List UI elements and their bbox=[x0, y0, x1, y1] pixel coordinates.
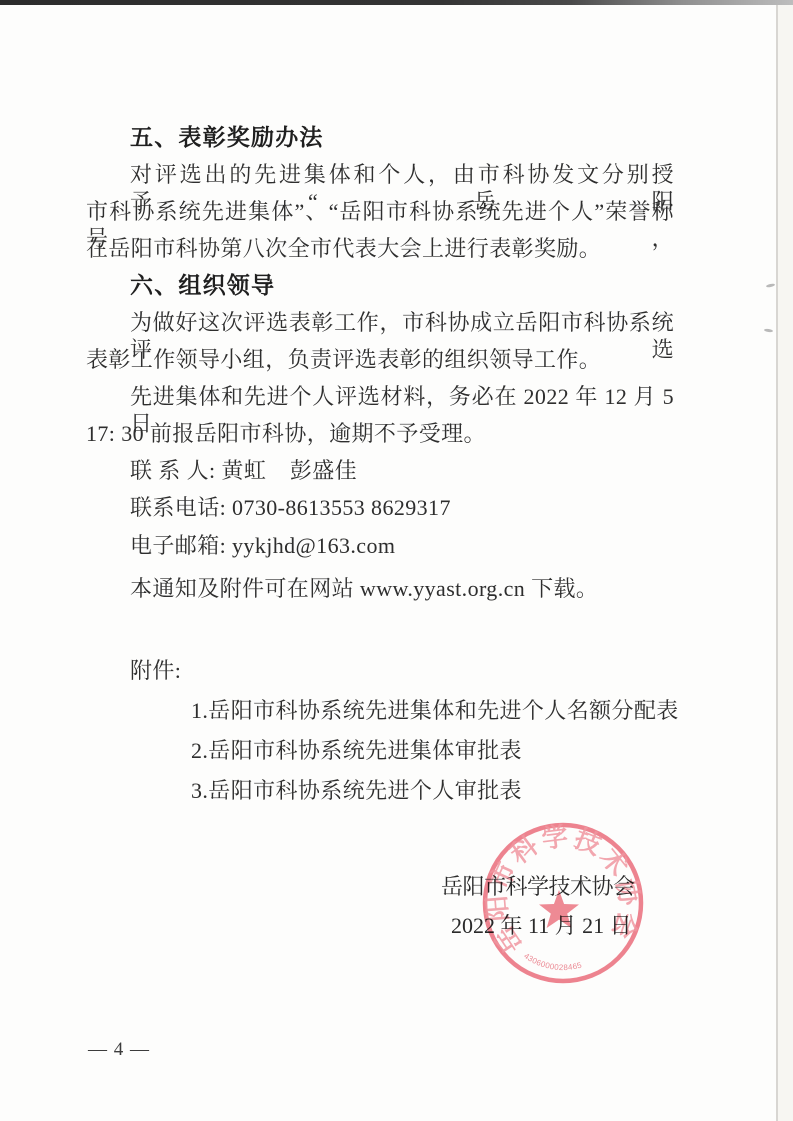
contact-person-line: 联 系 人: 黄虹 彭盛佳 bbox=[130, 457, 674, 484]
body-line: 17: 30 前报岳阳市科协，逾期不予受理。 bbox=[86, 420, 674, 447]
official-seal: 岳阳市科学技术协会 4306000028465 bbox=[463, 803, 663, 1003]
attachment-item-1: 1.岳阳市科协系统先进集体和先进个人名额分配表 bbox=[191, 697, 691, 724]
attachments-label: 附件: bbox=[130, 657, 674, 684]
signature-date: 2022 年 11 月 21 日 bbox=[451, 913, 632, 939]
seal-ring bbox=[485, 825, 641, 981]
page-number: — 4 — bbox=[88, 1039, 150, 1061]
attachment-item-2: 2.岳阳市科协系统先进集体审批表 bbox=[191, 737, 691, 764]
contact-email-line: 电子邮箱: yykjhd@163.com bbox=[130, 532, 674, 559]
contact-phone-line: 联系电话: 0730-8613553 8629317 bbox=[130, 494, 674, 521]
attachment-item-3: 3.岳阳市科协系统先进个人审批表 bbox=[191, 777, 691, 804]
scanned-notice-page: 五、表彰奖励办法 对评选出的先进集体和个人，由市科协发文分别授予“岳阳 市科协系… bbox=[0, 0, 793, 1121]
section-heading-five: 五、表彰奖励办法 bbox=[130, 124, 674, 151]
signature-organization: 岳阳市科学技术协会 bbox=[441, 874, 635, 900]
scan-smudge bbox=[764, 328, 773, 332]
seal-code-text: 4306000028465 bbox=[521, 951, 584, 976]
download-note-line: 本通知及附件可在网站 www.yyast.org.cn 下载。 bbox=[130, 575, 674, 602]
section-heading-six: 六、组织领导 bbox=[130, 272, 674, 299]
scan-top-edge-artifact bbox=[0, 0, 793, 5]
scan-page-edge-line bbox=[776, 5, 778, 1121]
scan-right-margin-strip bbox=[778, 5, 793, 1121]
scan-smudge bbox=[766, 283, 775, 288]
body-line: 在岳阳市科协第八次全市代表大会上进行表彰奖励。 bbox=[86, 235, 674, 262]
body-line: 表彰工作领导小组，负责评选表彰的组织领导工作。 bbox=[86, 346, 674, 373]
